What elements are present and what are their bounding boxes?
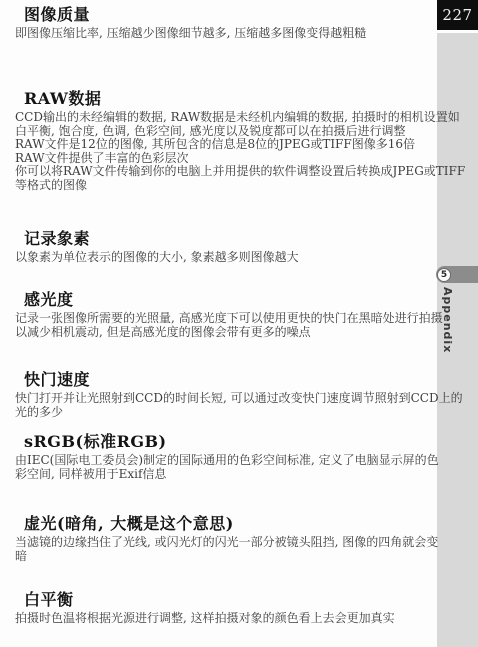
term-definition: 由IEC(国际电工委员会)制定的国际通用的色彩空间标准, 定义了电脑显示屏的色 … (0, 454, 436, 481)
term-definition: 拍摄时色温将根据光源进行调整, 这样拍摄对象的颜色看上去会更加真实 (0, 612, 436, 626)
term-definition: 快门打开并让光照射到CCD的时间长短, 可以通过改变快门速度调节照射到CCD上的… (0, 392, 436, 419)
definition-line: 由IEC(国际电工委员会)制定的国际通用的色彩空间标准, 定义了电脑显示屏的色 (15, 454, 436, 468)
definition-line: 光的多少 (15, 406, 436, 420)
definition-line: 当滤镜的边缘挡住了光线, 或闪光灯的闪光一部分被镜头阻挡, 图像的四角就会变 (15, 536, 436, 550)
definition-line: 暗 (15, 550, 436, 564)
glossary-section-vignetting: 虚光(暗角, 大概是这个意思) 当滤镜的边缘挡住了光线, 或闪光灯的闪光一部分被… (0, 513, 436, 563)
page-number-box: 227 (437, 0, 478, 30)
term-definition: 即图像压缩比率, 压缩越少图像细节越多, 压缩越多图像变得越粗糙 (0, 27, 436, 41)
glossary-section-raw-data: RAW数据 CCD输出的未经编辑的数据, RAW数据是未经机内编辑的数据, 拍摄… (0, 88, 436, 192)
definition-line: 以象素为单位表示的图像的大小, 象素越多则图像越大 (15, 251, 436, 265)
chapter-label: Appendix (438, 287, 454, 367)
term-definition: CCD输出的未经编辑的数据, RAW数据是未经机内编辑的数据, 拍摄时的相机设置… (0, 111, 436, 192)
term-heading: RAW数据 (0, 88, 436, 109)
term-heading: 图像质量 (0, 4, 436, 25)
definition-line: 白平衡, 饱合度, 色调, 色彩空间, 感光度以及锐度都可以在拍摄后进行调整 (15, 125, 436, 139)
definition-line: 拍摄时色温将根据光源进行调整, 这样拍摄对象的颜色看上去会更加真实 (15, 612, 436, 626)
glossary-section-white-balance: 白平衡 拍摄时色温将根据光源进行调整, 这样拍摄对象的颜色看上去会更加真实 (0, 589, 436, 626)
term-definition: 以象素为单位表示的图像的大小, 象素越多则图像越大 (0, 251, 436, 265)
term-definition: 当滤镜的边缘挡住了光线, 或闪光灯的闪光一部分被镜头阻挡, 图像的四角就会变 暗 (0, 536, 436, 563)
term-heading: 白平衡 (0, 589, 436, 610)
definition-line: 快门打开并让光照射到CCD的时间长短, 可以通过改变快门速度调节照射到CCD上的 (15, 392, 436, 406)
glossary-section-image-quality: 图像质量 即图像压缩比率, 压缩越少图像细节越多, 压缩越多图像变得越粗糙 (0, 4, 436, 41)
definition-line: 彩空间, 同样被用于Exif信息 (15, 468, 436, 482)
definition-line: 记录一张图像所需要的光照量, 高感光度下可以使用更快的快门在黑暗处进行拍摄 (15, 312, 436, 326)
definition-line: CCD输出的未经编辑的数据, RAW数据是未经机内编辑的数据, 拍摄时的相机设置… (15, 111, 436, 125)
glossary-section-shutter-speed: 快门速度 快门打开并让光照射到CCD的时间长短, 可以通过改变快门速度调节照射到… (0, 369, 436, 419)
manual-page: 227 5 Appendix 图像质量 即图像压缩比率, 压缩越少图像细节越多,… (0, 0, 478, 647)
glossary-section-sensitivity: 感光度 记录一张图像所需要的光照量, 高感光度下可以使用更快的快门在黑暗处进行拍… (0, 289, 436, 339)
definition-line: RAW文件是12位的图像, 其所包含的信息是8位的JPEG或TIFF图像多16倍 (15, 138, 436, 152)
term-definition: 记录一张图像所需要的光照量, 高感光度下可以使用更快的快门在黑暗处进行拍摄 以减… (0, 312, 436, 339)
term-heading: 虚光(暗角, 大概是这个意思) (0, 513, 436, 534)
definition-line: 你可以将RAW文件传输到你的电脑上并用提供的软件调整设置后转换成JPEG或TIF… (15, 165, 436, 179)
term-heading: 快门速度 (0, 369, 436, 390)
glossary-section-recorded-pixels: 记录象素 以象素为单位表示的图像的大小, 象素越多则图像越大 (0, 228, 436, 265)
definition-line: RAW文件提供了丰富的色彩层次 (15, 152, 436, 166)
definition-line: 即图像压缩比率, 压缩越少图像细节越多, 压缩越多图像变得越粗糙 (15, 27, 436, 41)
glossary-section-srgb: sRGB(标准RGB) 由IEC(国际电工委员会)制定的国际通用的色彩空间标准,… (0, 431, 436, 481)
term-heading: 记录象素 (0, 228, 436, 249)
chapter-tab: 5 (436, 266, 478, 283)
definition-line: 等格式的图像 (15, 179, 436, 193)
chapter-number: 5 (441, 271, 447, 280)
term-heading: 感光度 (0, 289, 436, 310)
term-heading: sRGB(标准RGB) (0, 431, 436, 452)
chapter-number-badge: 5 (437, 268, 451, 282)
page-number: 227 (442, 6, 472, 24)
definition-line: 以减少相机震动, 但是高感光度的图像会带有更多的噪点 (15, 326, 436, 340)
